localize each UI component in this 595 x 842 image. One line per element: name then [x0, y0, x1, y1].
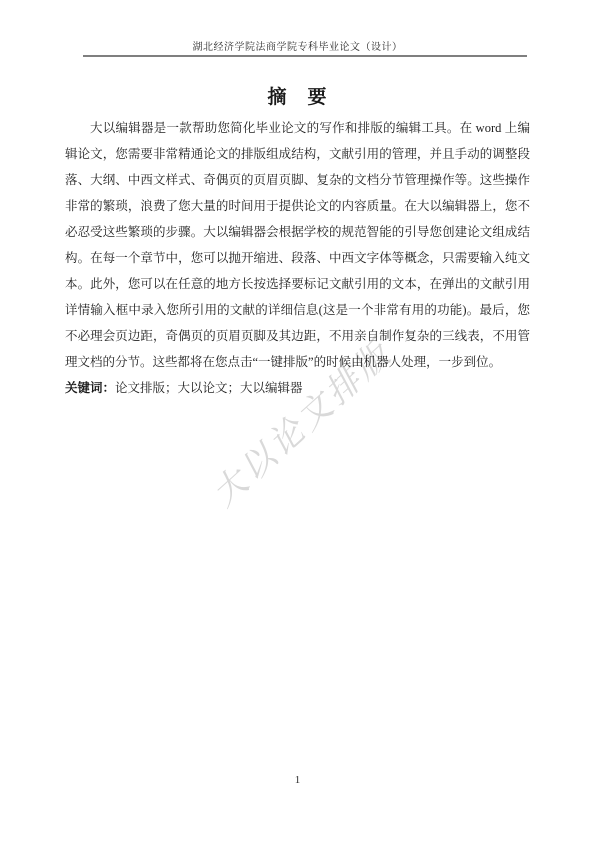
page-content: 摘 要 大以编辑器是一款帮助您简化毕业论文的写作和排版的编辑工具。在 word …	[65, 0, 530, 401]
keywords-line: 关键词：论文排版；大以论文；大以编辑器	[65, 375, 530, 401]
document-page: 湖北经济学院法商学院专科毕业论文（设计） 大以论文排版 摘 要 大以编辑器是一款…	[0, 0, 595, 842]
page-number: 1	[295, 774, 301, 786]
page-footer: 1	[0, 774, 595, 786]
keywords-text: 论文排版；大以论文；大以编辑器	[115, 381, 303, 395]
abstract-paragraph: 大以编辑器是一款帮助您简化毕业论文的写作和排版的编辑工具。在 word 上编辑论…	[65, 115, 530, 375]
abstract-title: 摘 要	[65, 86, 530, 110]
keywords-label: 关键词：	[65, 381, 115, 395]
